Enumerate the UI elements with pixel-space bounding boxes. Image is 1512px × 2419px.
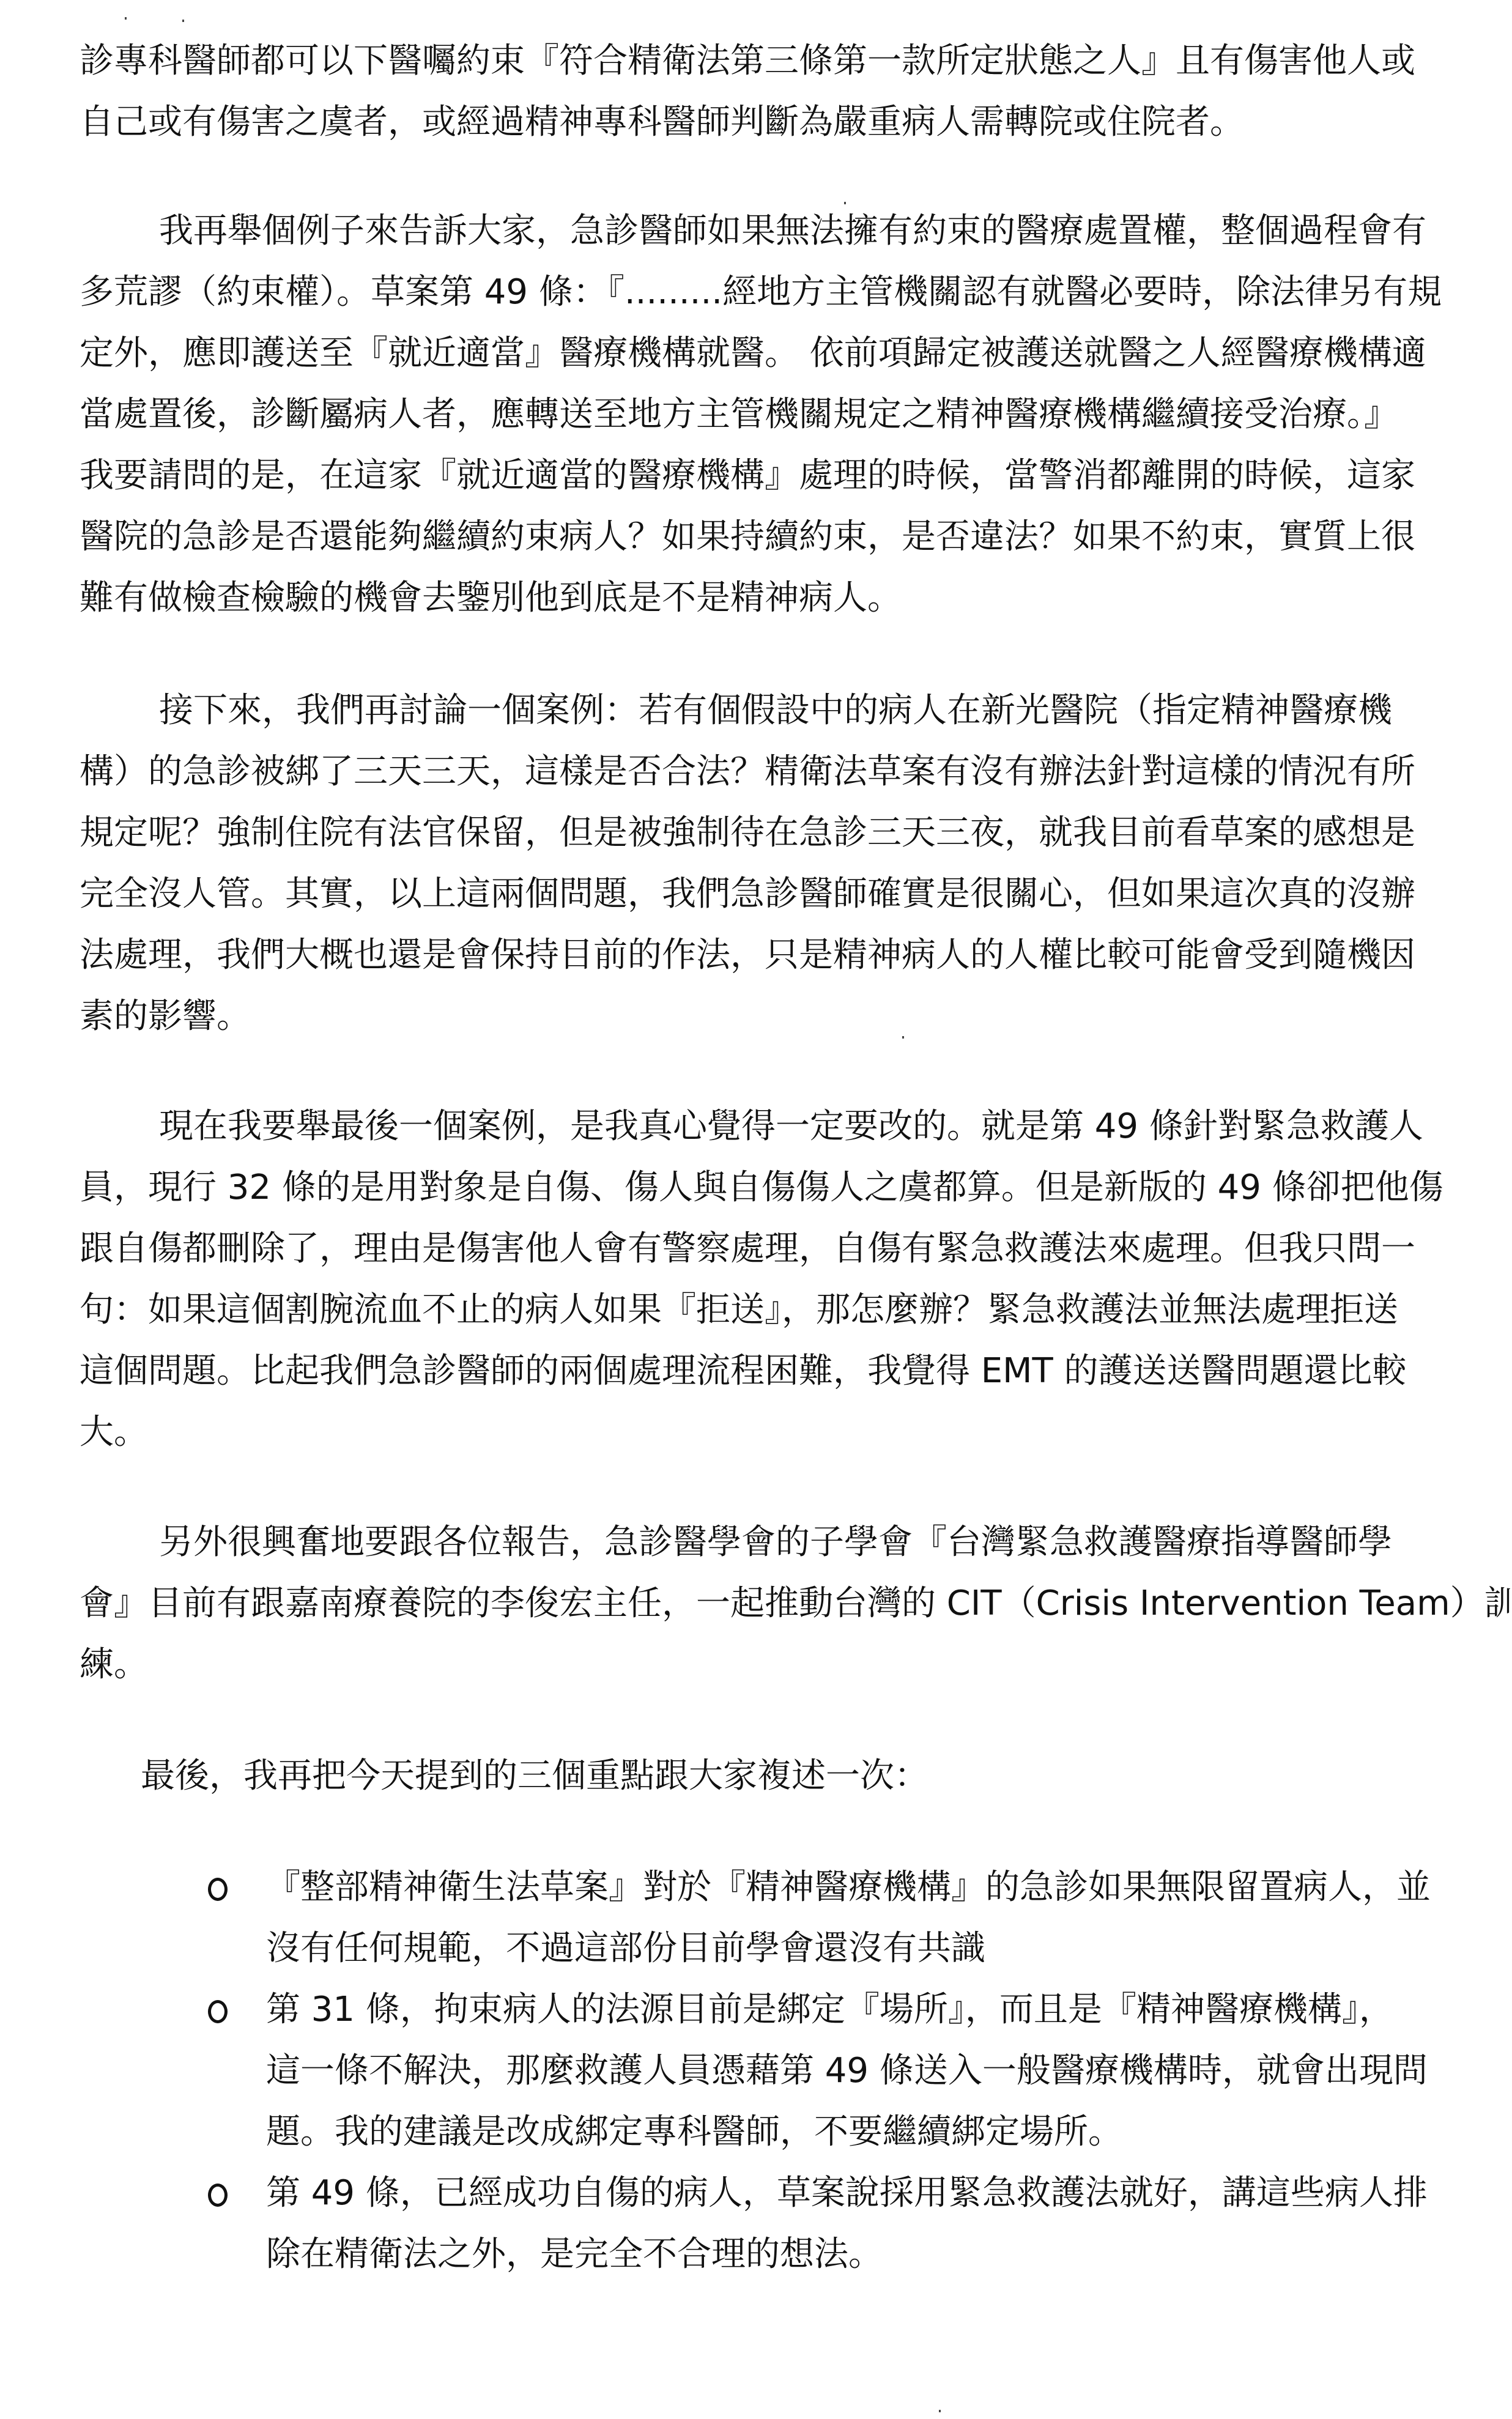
- paragraph-line: 接下來，我們再討論一個案例：若有個假設中的病人在新光醫院（指定精神醫療機: [159, 689, 1392, 733]
- summary-intro: 最後，我再把今天提到的三個重點跟大家複述一次：: [141, 1754, 928, 1798]
- paragraph-line: 現在我要舉最後一個案例，是我真心覺得一定要改的。就是第 49 條針對緊急救護人: [159, 1105, 1423, 1149]
- paragraph-line: 構）的急診被綁了三天三天，這樣是否合法？精衛法草案有沒有辦法針對這樣的情況有所: [80, 750, 1415, 794]
- paragraph-line: 定外，應即護送至『就近適當』醫療機構就醫。 依前項歸定被護送就醫之人經醫療機構適: [80, 332, 1426, 376]
- paragraph-line: 我再舉個例子來告訴大家，急診醫師如果無法擁有約束的醫療處置權，整個過程會有: [159, 209, 1426, 253]
- scan-speck: [902, 1036, 904, 1039]
- scan-speck: [182, 20, 184, 22]
- paragraph-line: 診專科醫師都可以下醫囑約束『符合精衛法第三條第一款所定狀態之人』且有傷害他人或: [80, 39, 1415, 83]
- bullet-line: 沒有任何規範，不過這部份目前學會還沒有共識: [266, 1927, 985, 1971]
- scanned-document-page: 診專科醫師都可以下醫囑約束『符合精衛法第三條第一款所定狀態之人』且有傷害他人或 …: [0, 0, 1512, 2419]
- bullet-line: 『整部精神衛生法草案』對於『精神醫療機構』的急診如果無限留置病人，並: [266, 1865, 1431, 1910]
- paragraph-line: 練。: [80, 1643, 148, 1687]
- paragraph-line: 另外很興奮地要跟各位報告，急診醫學會的子學會『台灣緊急救護醫療指導醫師學: [159, 1521, 1392, 1565]
- paragraph-line: 這個問題。比起我們急診醫師的兩個處理流程困難，我覺得 EMT 的護送送醫問題還比…: [80, 1349, 1407, 1393]
- bullet-line: 第 31 條，拘束病人的法源目前是綁定『場所』，而且是『精神醫療機構』，: [266, 1988, 1393, 2032]
- paragraph-line: 大。: [80, 1410, 148, 1454]
- paragraph-line: 會』目前有跟嘉南療養院的李俊宏主任，一起推動台灣的 CIT（Crisis Int…: [80, 1582, 1512, 1626]
- paragraph-line: 難有做檢查檢驗的機會去鑒別他到底是不是精神病人。: [80, 576, 902, 620]
- bullet-line: 題。我的建議是改成綁定專科醫師，不要繼續綁定場所。: [266, 2110, 1122, 2154]
- paragraph-line: 句：如果這個割腕流血不止的病人如果『拒送』，那怎麼辦？緊急救護法並無法處理拒送: [80, 1288, 1398, 1332]
- paragraph-line: 自己或有傷害之虞者，或經過精神專科醫師判斷為嚴重病人需轉院或住院者。: [80, 100, 1244, 144]
- paragraph-line: 醫院的急診是否還能夠繼續約束病人？如果持續約束，是否違法？如果不約束，實質上很: [80, 515, 1415, 559]
- paragraph-line: 我要請問的是，在這家『就近適當的醫療機構』處理的時候，當警消都離開的時候，這家: [80, 454, 1415, 498]
- hollow-circle-bullet-icon: [208, 1878, 228, 1901]
- bullet-line: 這一條不解決，那麼救護人員憑藉第 49 條送入一般醫療機構時，就會出現問: [266, 2049, 1428, 2093]
- paragraph-line: 跟自傷都刪除了，理由是傷害他人會有警察處理，自傷有緊急救護法來處理。但我只問一: [80, 1227, 1415, 1271]
- bullet-line: 除在精衛法之外，是完全不合理的想法。: [266, 2232, 883, 2276]
- paragraph-line: 規定呢？強制住院有法官保留，但是被強制待在急診三天三夜，就我目前看草案的感想是: [80, 811, 1415, 855]
- bullet-line: 第 49 條，已經成功自傷的病人，草案說採用緊急救護法就好，講這些病人排: [266, 2171, 1428, 2215]
- paragraph-line: 多荒謬（約束權）。草案第 49 條：『.........經地方主管機關認有就醫必…: [80, 270, 1442, 314]
- paragraph-line: 素的影響。: [80, 995, 251, 1039]
- paragraph-line: 當處置後，診斷屬病人者，應轉送至地方主管機關規定之精神醫療機構繼續接受治療。』: [80, 393, 1398, 437]
- hollow-circle-bullet-icon: [208, 2184, 228, 2207]
- scan-speck: [939, 2410, 941, 2412]
- paragraph-line: 員，現行 32 條的是用對象是自傷、傷人與自傷傷人之虞都算。但是新版的 49 條…: [80, 1166, 1443, 1210]
- paragraph-line: 完全沒人管。其實，以上這兩個問題，我們急診醫師確實是很關心，但如果這次真的沒辦: [80, 872, 1415, 916]
- hollow-circle-bullet-icon: [208, 2000, 228, 2023]
- scan-speck: [125, 17, 127, 20]
- paragraph-line: 法處理，我們大概也還是會保持目前的作法，只是精神病人的人權比較可能會受到隨機因: [80, 933, 1415, 977]
- scan-speck: [844, 202, 846, 204]
